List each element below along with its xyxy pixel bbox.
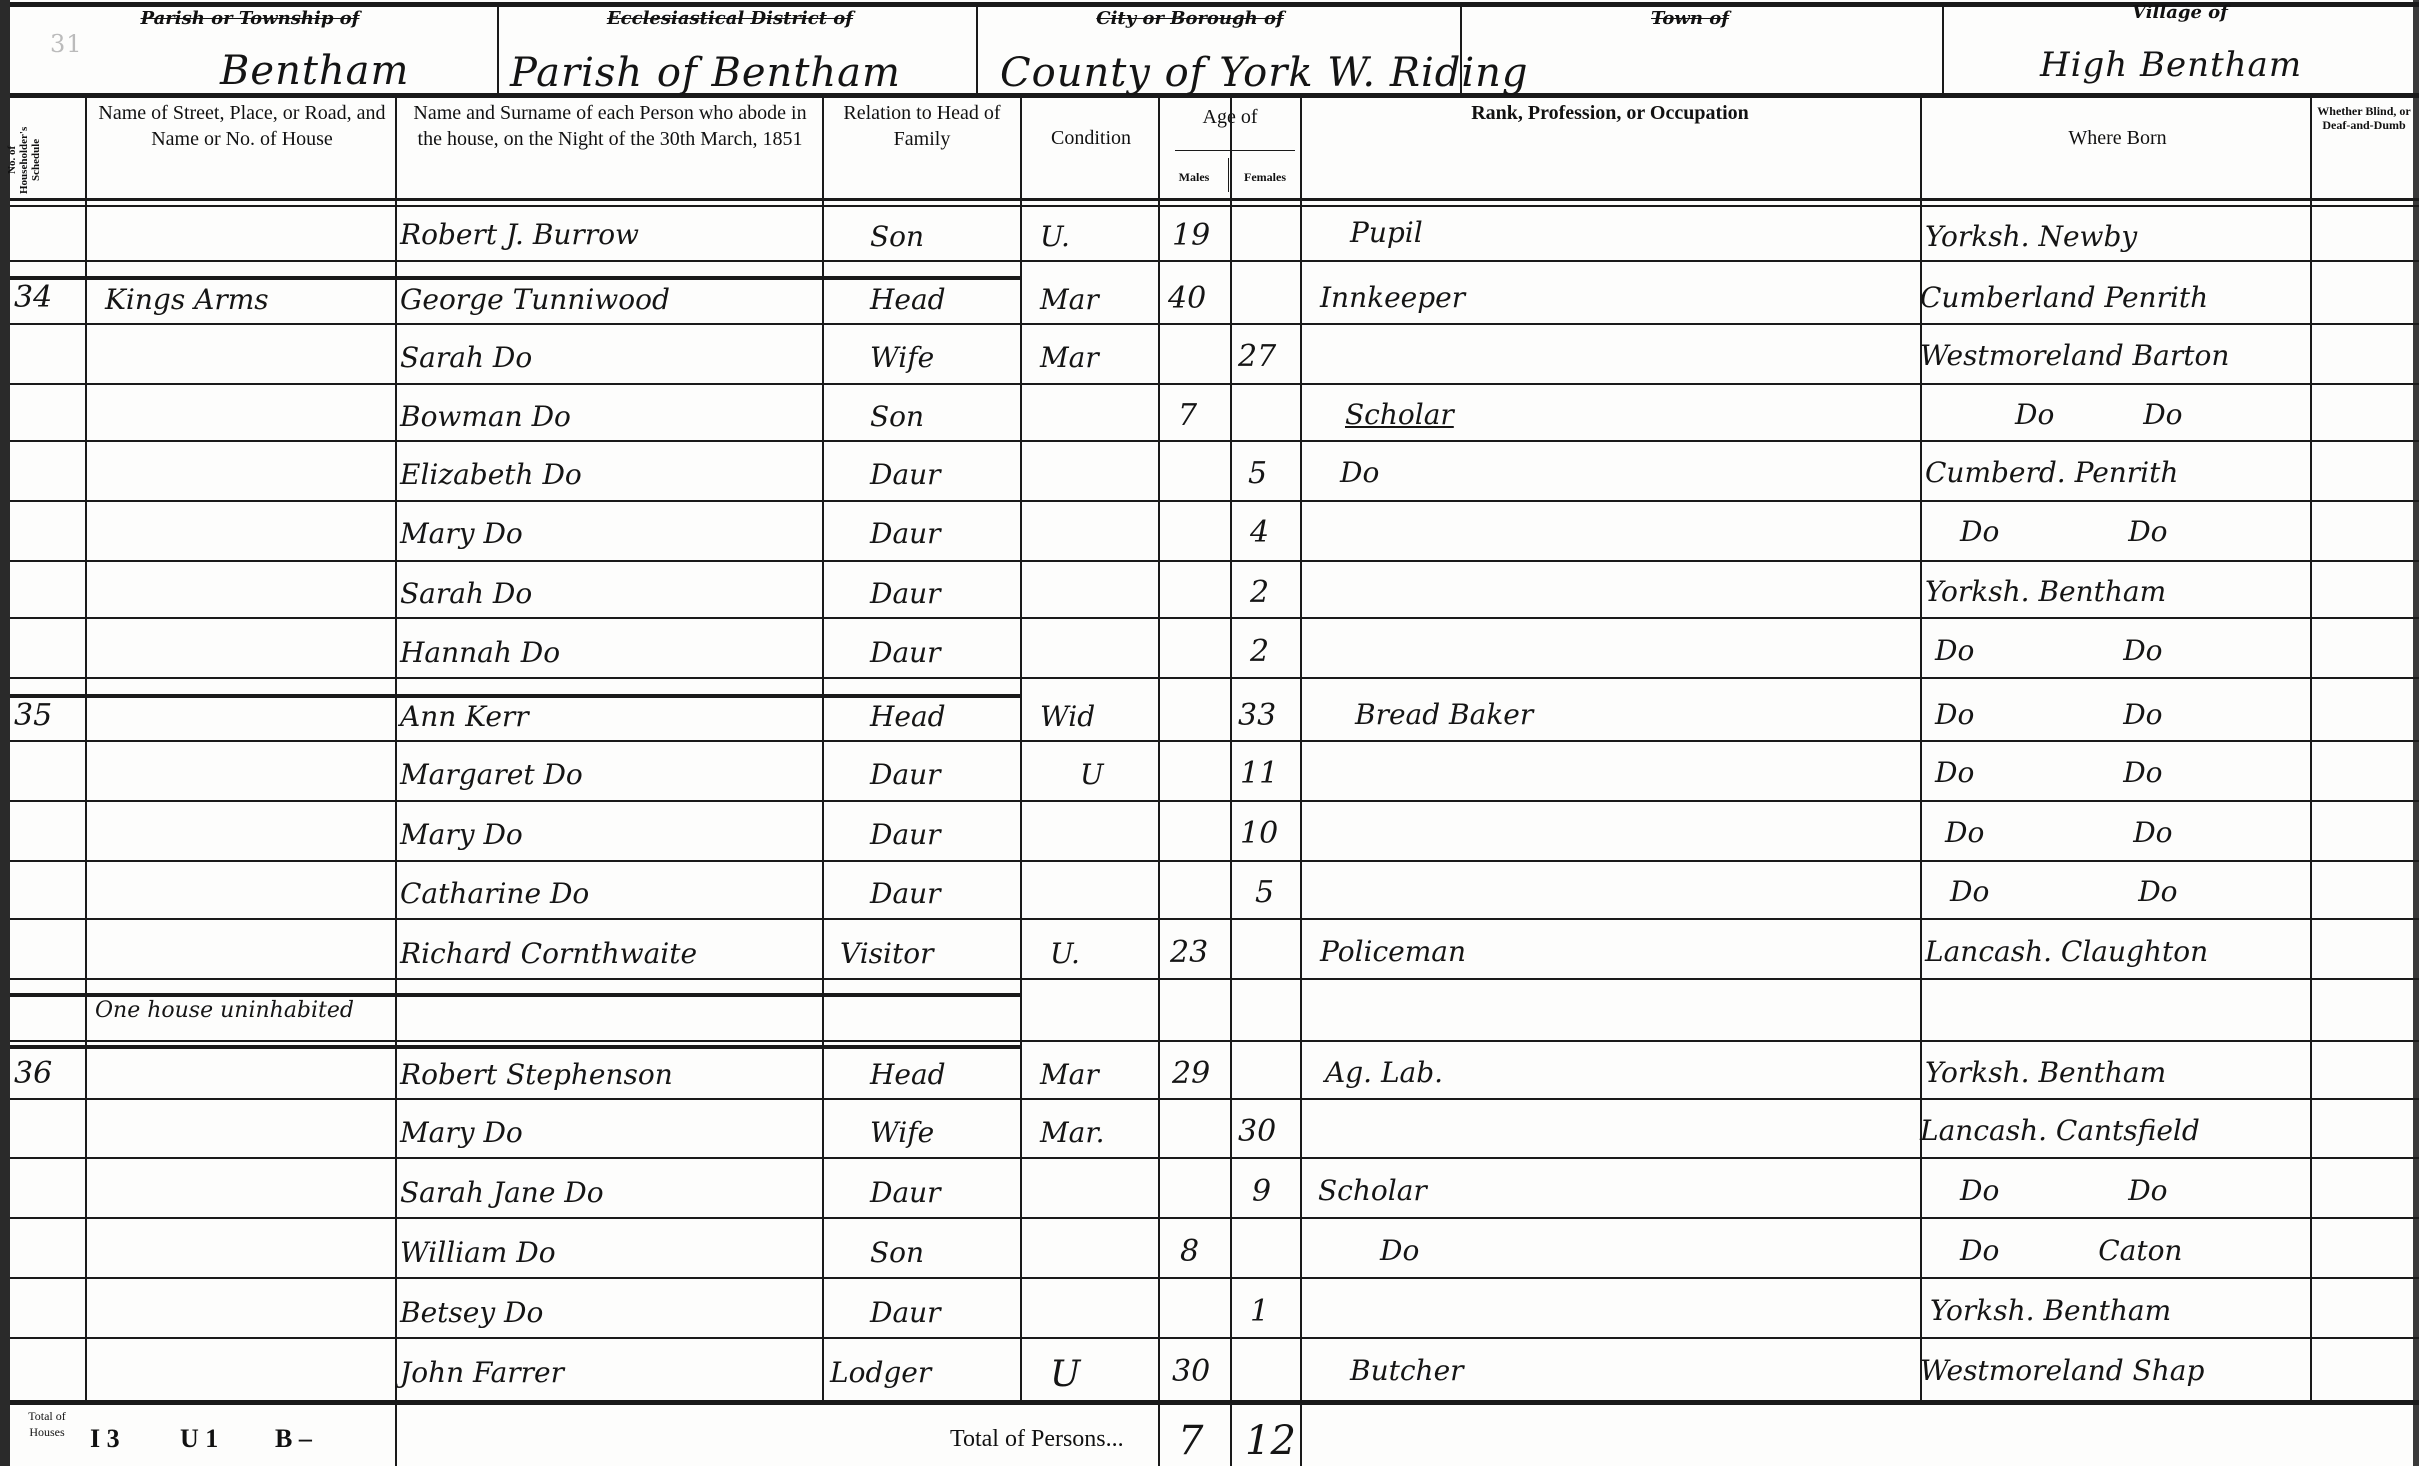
birthplace: Lancash. Claughton — [1925, 935, 2208, 968]
birthplace: Do Do — [1960, 515, 2168, 548]
relation: Daur — [870, 636, 941, 669]
birthplace: Yorksh. Bentham — [1925, 575, 2166, 608]
condition: Mar — [1040, 1058, 1099, 1091]
page-edge-left — [0, 0, 10, 1466]
occupation: Do — [1340, 456, 1379, 489]
birthplace: Yorksh. Bentham — [1930, 1294, 2171, 1327]
female-age: 30 — [1238, 1114, 1276, 1149]
person-name: Sarah Do — [400, 577, 532, 610]
male-age: 29 — [1172, 1056, 1210, 1091]
relation: Daur — [870, 517, 941, 550]
person-name: Elizabeth Do — [400, 458, 582, 491]
male-age: 7 — [1178, 398, 1197, 433]
birthplace: Westmoreland Shap — [1920, 1354, 2204, 1387]
uninhabited-note: One house uninhabited — [95, 998, 354, 1023]
relation: Daur — [870, 877, 941, 910]
relation: Son — [870, 220, 924, 253]
female-age: 11 — [1240, 756, 1278, 791]
birthplace: Yorksh. Newby — [1925, 220, 2137, 253]
birthplace: Cumberland Penrith — [1920, 281, 2208, 314]
parish-value: Bentham — [220, 48, 409, 94]
occupation: Bread Baker — [1355, 698, 1533, 731]
col-header-males: Males — [1160, 170, 1228, 184]
condition: U. — [1040, 220, 1070, 253]
schedule-number: 36 — [14, 1056, 52, 1091]
person-name: John Farrer — [400, 1356, 564, 1389]
birthplace: Do Do — [1935, 756, 2163, 789]
village-value: High Bentham — [2040, 45, 2302, 85]
town-label: Town of — [1560, 8, 1820, 29]
building-count: B – — [275, 1424, 312, 1454]
person-name: George Tunniwood — [400, 283, 670, 316]
female-age: 9 — [1252, 1174, 1271, 1209]
female-age: 10 — [1240, 816, 1278, 851]
relation: Daur — [870, 458, 941, 491]
relation: Wife — [870, 341, 934, 374]
occupation: Ag. Lab. — [1325, 1056, 1443, 1089]
occupation: Scholar — [1318, 1174, 1427, 1207]
female-age: 2 — [1250, 634, 1269, 669]
birthplace: Do Caton — [1960, 1234, 2182, 1267]
col-header-name: Name and Surname of each Person who abod… — [400, 100, 820, 152]
relation: Head — [870, 1058, 946, 1091]
ecclesiastical-district-value: Parish of Bentham — [510, 50, 901, 96]
col-header-street: Name of Street, Place, or Road, and Name… — [92, 100, 392, 152]
occupation: Butcher — [1350, 1354, 1464, 1387]
ecclesiastical-district-label: Ecclesiastical District of — [560, 8, 900, 29]
condition: U — [1080, 758, 1104, 791]
male-age: 19 — [1172, 218, 1210, 253]
relation: Son — [870, 1236, 924, 1269]
relation: Daur — [870, 758, 941, 791]
condition: Wid — [1040, 700, 1095, 733]
occupation: Do — [1380, 1234, 1419, 1267]
person-name: William Do — [400, 1236, 556, 1269]
female-age: 27 — [1238, 339, 1276, 374]
col-header-relation: Relation to Head of Family — [826, 100, 1018, 152]
relation: Lodger — [830, 1356, 931, 1389]
birthplace: Do Do — [1935, 634, 2163, 667]
person-name: Bowman Do — [400, 400, 571, 433]
birthplace: Cumberd. Penrith — [1925, 456, 2178, 489]
male-age: 8 — [1180, 1234, 1199, 1269]
page-mark: 31 — [50, 30, 83, 58]
total-females: 12 — [1245, 1418, 1296, 1464]
col-header-born: Where Born — [1925, 125, 2310, 151]
city-borough-label: City or Borough of — [1040, 8, 1340, 29]
condition: Mar — [1040, 283, 1099, 316]
person-name: Mary Do — [400, 1116, 523, 1149]
col-header-females: Females — [1230, 170, 1300, 184]
total-persons-label: Total of Persons... — [950, 1426, 1124, 1453]
person-name: Hannah Do — [400, 636, 560, 669]
condition: Mar — [1040, 341, 1099, 374]
birthplace: Do Do — [1960, 1174, 2168, 1207]
person-name: Richard Cornthwaite — [400, 937, 697, 970]
street-name: Kings Arms — [105, 283, 269, 316]
condition: U. — [1050, 937, 1080, 970]
total-houses-label: Total of Houses — [12, 1408, 82, 1440]
relation: Daur — [870, 1176, 941, 1209]
male-age: 40 — [1168, 281, 1206, 316]
total-males: 7 — [1178, 1418, 1203, 1464]
col-header-occupation: Rank, Profession, or Occupation — [1320, 100, 1900, 126]
female-age: 1 — [1250, 1294, 1269, 1329]
occupation: Innkeeper — [1320, 281, 1465, 314]
parish-label: Parish or Township of — [80, 8, 420, 29]
relation: Visitor — [840, 937, 934, 970]
birthplace: Do Do — [1945, 816, 2173, 849]
occupation: Policeman — [1320, 935, 1466, 968]
relation: Wife — [870, 1116, 934, 1149]
condition: Mar. — [1040, 1116, 1105, 1149]
uninhabited-count: U 1 — [180, 1424, 218, 1454]
person-name: Robert Stephenson — [400, 1058, 673, 1091]
relation: Daur — [870, 577, 941, 610]
schedule-number: 35 — [14, 698, 52, 733]
birthplace: Do Do — [2015, 398, 2183, 431]
female-age: 5 — [1248, 456, 1267, 491]
relation: Head — [870, 283, 946, 316]
person-name: Sarah Do — [400, 341, 532, 374]
person-name: Robert J. Burrow — [400, 218, 639, 251]
census-page: Parish or Township of Bentham 31 Ecclesi… — [0, 0, 2419, 1466]
female-age: 33 — [1238, 698, 1276, 733]
male-age: 30 — [1172, 1354, 1210, 1389]
person-name: Margaret Do — [400, 758, 583, 791]
occupation: Pupil — [1350, 216, 1423, 249]
relation: Son — [870, 400, 924, 433]
relation: Head — [870, 700, 946, 733]
schedule-number: 34 — [14, 280, 52, 315]
col-header-condition: Condition — [1024, 125, 1158, 151]
col-header-blind-deaf: Whether Blind, or Deaf-and-Dumb — [2312, 104, 2416, 132]
person-name: Catharine Do — [400, 877, 589, 910]
person-name: Betsey Do — [400, 1296, 543, 1329]
birthplace: Yorksh. Bentham — [1925, 1056, 2166, 1089]
birthplace: Westmoreland Barton — [1920, 339, 2229, 372]
birthplace: Do Do — [1950, 875, 2178, 908]
inhabited-count: I 3 — [90, 1424, 120, 1454]
birthplace: Lancash. Cantsfield — [1920, 1114, 2200, 1147]
female-age: 4 — [1250, 515, 1269, 550]
female-age: 5 — [1255, 875, 1274, 910]
male-age: 23 — [1170, 935, 1208, 970]
person-name: Mary Do — [400, 818, 523, 851]
relation: Daur — [870, 818, 941, 851]
birthplace: Do Do — [1935, 698, 2163, 731]
person-name: Ann Kerr — [400, 700, 529, 733]
occupation: Scholar — [1345, 398, 1454, 431]
city-borough-value: County of York W. Riding — [1000, 50, 1529, 96]
page-edge-right — [2413, 0, 2419, 1466]
col-header-schedule: No. of Householder's Schedule — [6, 120, 76, 200]
village-label: Village of — [2030, 2, 2330, 23]
relation: Daur — [870, 1296, 941, 1329]
condition: U — [1050, 1354, 1080, 1395]
person-name: Sarah Jane Do — [400, 1176, 604, 1209]
person-name: Mary Do — [400, 517, 523, 550]
female-age: 2 — [1250, 575, 1269, 610]
